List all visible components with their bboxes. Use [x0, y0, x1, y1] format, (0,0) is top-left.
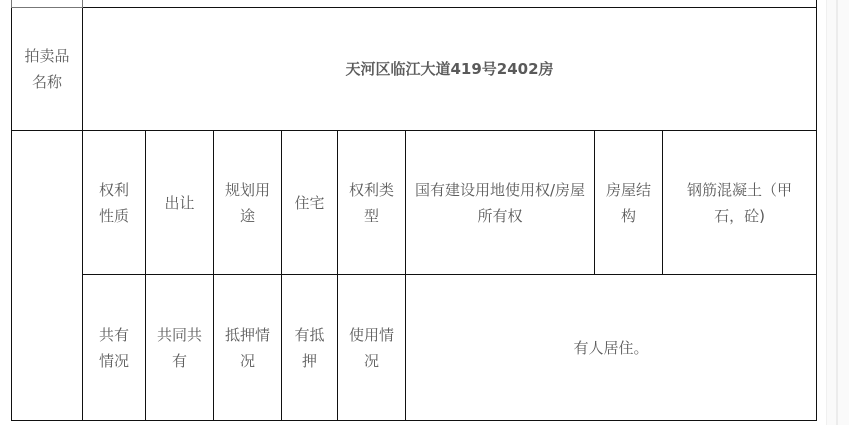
- table-row-top-partial: [12, 0, 817, 8]
- cell-empty: [12, 0, 83, 8]
- table-row-item-name: 拍卖品名称 天河区临江大道419号2402房: [12, 8, 817, 131]
- table-row-ownership: 共有情况 共同共有 抵押情况 有抵押 使用情况 有人居住。: [12, 275, 817, 421]
- building-structure-label: 房屋结构: [595, 131, 663, 275]
- rights-nature-label: 权利性质: [83, 131, 146, 275]
- table-row-rights: 权利性质 出让 规划用途 住宅 权利类型 国有建设用地使用权/房屋所有权 房屋结…: [12, 131, 817, 275]
- item-name-value: 天河区临江大道419号2402房: [83, 8, 817, 131]
- building-structure-value: 钢筋混凝土（甲石，砼): [663, 131, 817, 275]
- rights-nature-value: 出让: [146, 131, 214, 275]
- co-ownership-label: 共有情况: [83, 275, 146, 421]
- cell-empty-merged: [12, 131, 83, 421]
- mortgage-value: 有抵押: [282, 275, 338, 421]
- planned-use-label: 规划用途: [214, 131, 282, 275]
- item-name-label: 拍卖品名称: [12, 8, 83, 131]
- document-page: 拍卖品名称 天河区临江大道419号2402房 权利性质 出让 规划用途 住宅 权…: [0, 0, 849, 425]
- cell-empty: [83, 0, 817, 8]
- auction-info-table: 拍卖品名称 天河区临江大道419号2402房 权利性质 出让 规划用途 住宅 权…: [11, 0, 817, 421]
- scrollbar-divider: [836, 0, 838, 425]
- planned-use-value: 住宅: [282, 131, 338, 275]
- mortgage-label: 抵押情况: [214, 275, 282, 421]
- usage-label: 使用情况: [338, 275, 406, 421]
- usage-value: 有人居住。: [406, 275, 817, 421]
- rights-type-label: 权利类型: [338, 131, 406, 275]
- rights-type-value: 国有建设用地使用权/房屋所有权: [406, 131, 595, 275]
- co-ownership-value: 共同共有: [146, 275, 214, 421]
